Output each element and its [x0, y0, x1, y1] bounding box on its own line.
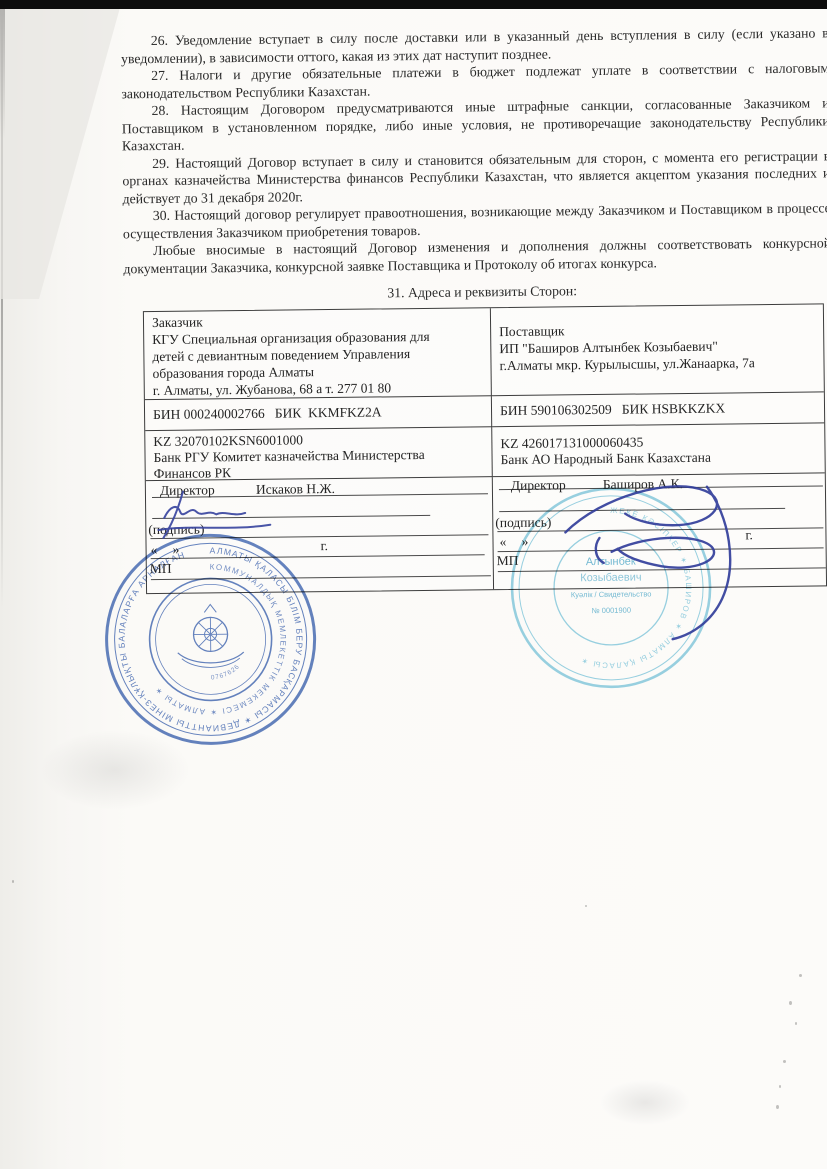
- supplier-director-name: Баширов А.К.: [603, 475, 683, 493]
- customer-signature-cell: Директор Искаков Н.Ж. (подпись) « » г. М…: [146, 477, 494, 593]
- contract-clauses: 26. Уведомление вступает в силу после до…: [121, 24, 827, 277]
- svg-text:0767626: 0767626: [211, 663, 242, 681]
- signature-line: [151, 575, 491, 580]
- customer-bin-bik: БИН 000240002766 БИК KKMFKZ2A: [145, 396, 492, 431]
- customer-bank: Банк РГУ Комитет казначейства Министерст…: [153, 447, 453, 482]
- date-quote-open: «: [150, 541, 157, 558]
- customer-info-cell: Заказчик КГУ Специальная организация обр…: [144, 308, 492, 400]
- mp-label: МП: [497, 552, 519, 569]
- clause-28: 28. Настоящим Договором предусматриваютс…: [122, 94, 827, 155]
- supplier-bin-bik: БИН 590106302509 БИК HSBKKZKX: [492, 392, 824, 427]
- signature-line: [151, 554, 485, 559]
- supplier-signature-cell: Директор Баширов А.К. (подпись) « » г. М…: [493, 473, 826, 589]
- customer-director-name: Искаков Н.Ж.: [256, 480, 335, 498]
- sign-caption: (подпись): [148, 520, 204, 538]
- clause-29: 29. Настоящий Договор вступает в силу и …: [122, 147, 827, 208]
- customer-bank-cell: KZ 32070102KSN6001000 Банк РГУ Комитет к…: [145, 427, 493, 481]
- date-quote-close: »: [172, 541, 179, 558]
- section-title: 31. Адреса и реквизиты Сторон:: [143, 280, 822, 304]
- stamp-micro-number: 0767626: [211, 663, 242, 681]
- date-quote-close: »: [521, 533, 528, 550]
- supplier-info-cell: Поставщик ИП "Баширов Алтынбек Козыбаеви…: [491, 304, 824, 396]
- requisites-table: Заказчик КГУ Специальная организация обр…: [143, 303, 827, 594]
- stamp-center-caption: Куәлік / Свидетельство: [571, 589, 652, 599]
- signature-line: [498, 547, 824, 552]
- customer-name: КГУ Специальная организация образования …: [152, 328, 453, 382]
- mp-label: МП: [150, 560, 172, 577]
- document-page: 26. Уведомление вступает в силу после до…: [0, 0, 827, 1169]
- clause-amendments: Любые вносимые в настоящий Договор измен…: [123, 234, 827, 277]
- supplier-director-label: Директор: [511, 476, 566, 494]
- stamp-center-number: № 0001900: [592, 606, 631, 615]
- year-suffix: г.: [320, 537, 328, 554]
- supplier-bank-cell: KZ 426017131000060435 Банк АО Народный Б…: [492, 423, 825, 477]
- supplier-address: г.Алматы мкр. Курылысшы, ул.Жанаарка, 7а: [499, 354, 815, 375]
- signature-line: [498, 567, 826, 572]
- date-quote-open: «: [499, 533, 506, 550]
- signature-line: [499, 508, 785, 512]
- signature-line: [152, 515, 430, 519]
- sign-caption: (подпись): [495, 514, 551, 532]
- year-suffix: г.: [745, 526, 753, 543]
- customer-director-label: Директор: [160, 481, 215, 499]
- supplier-bank: Банк АО Народный Банк Казахстана: [501, 449, 817, 469]
